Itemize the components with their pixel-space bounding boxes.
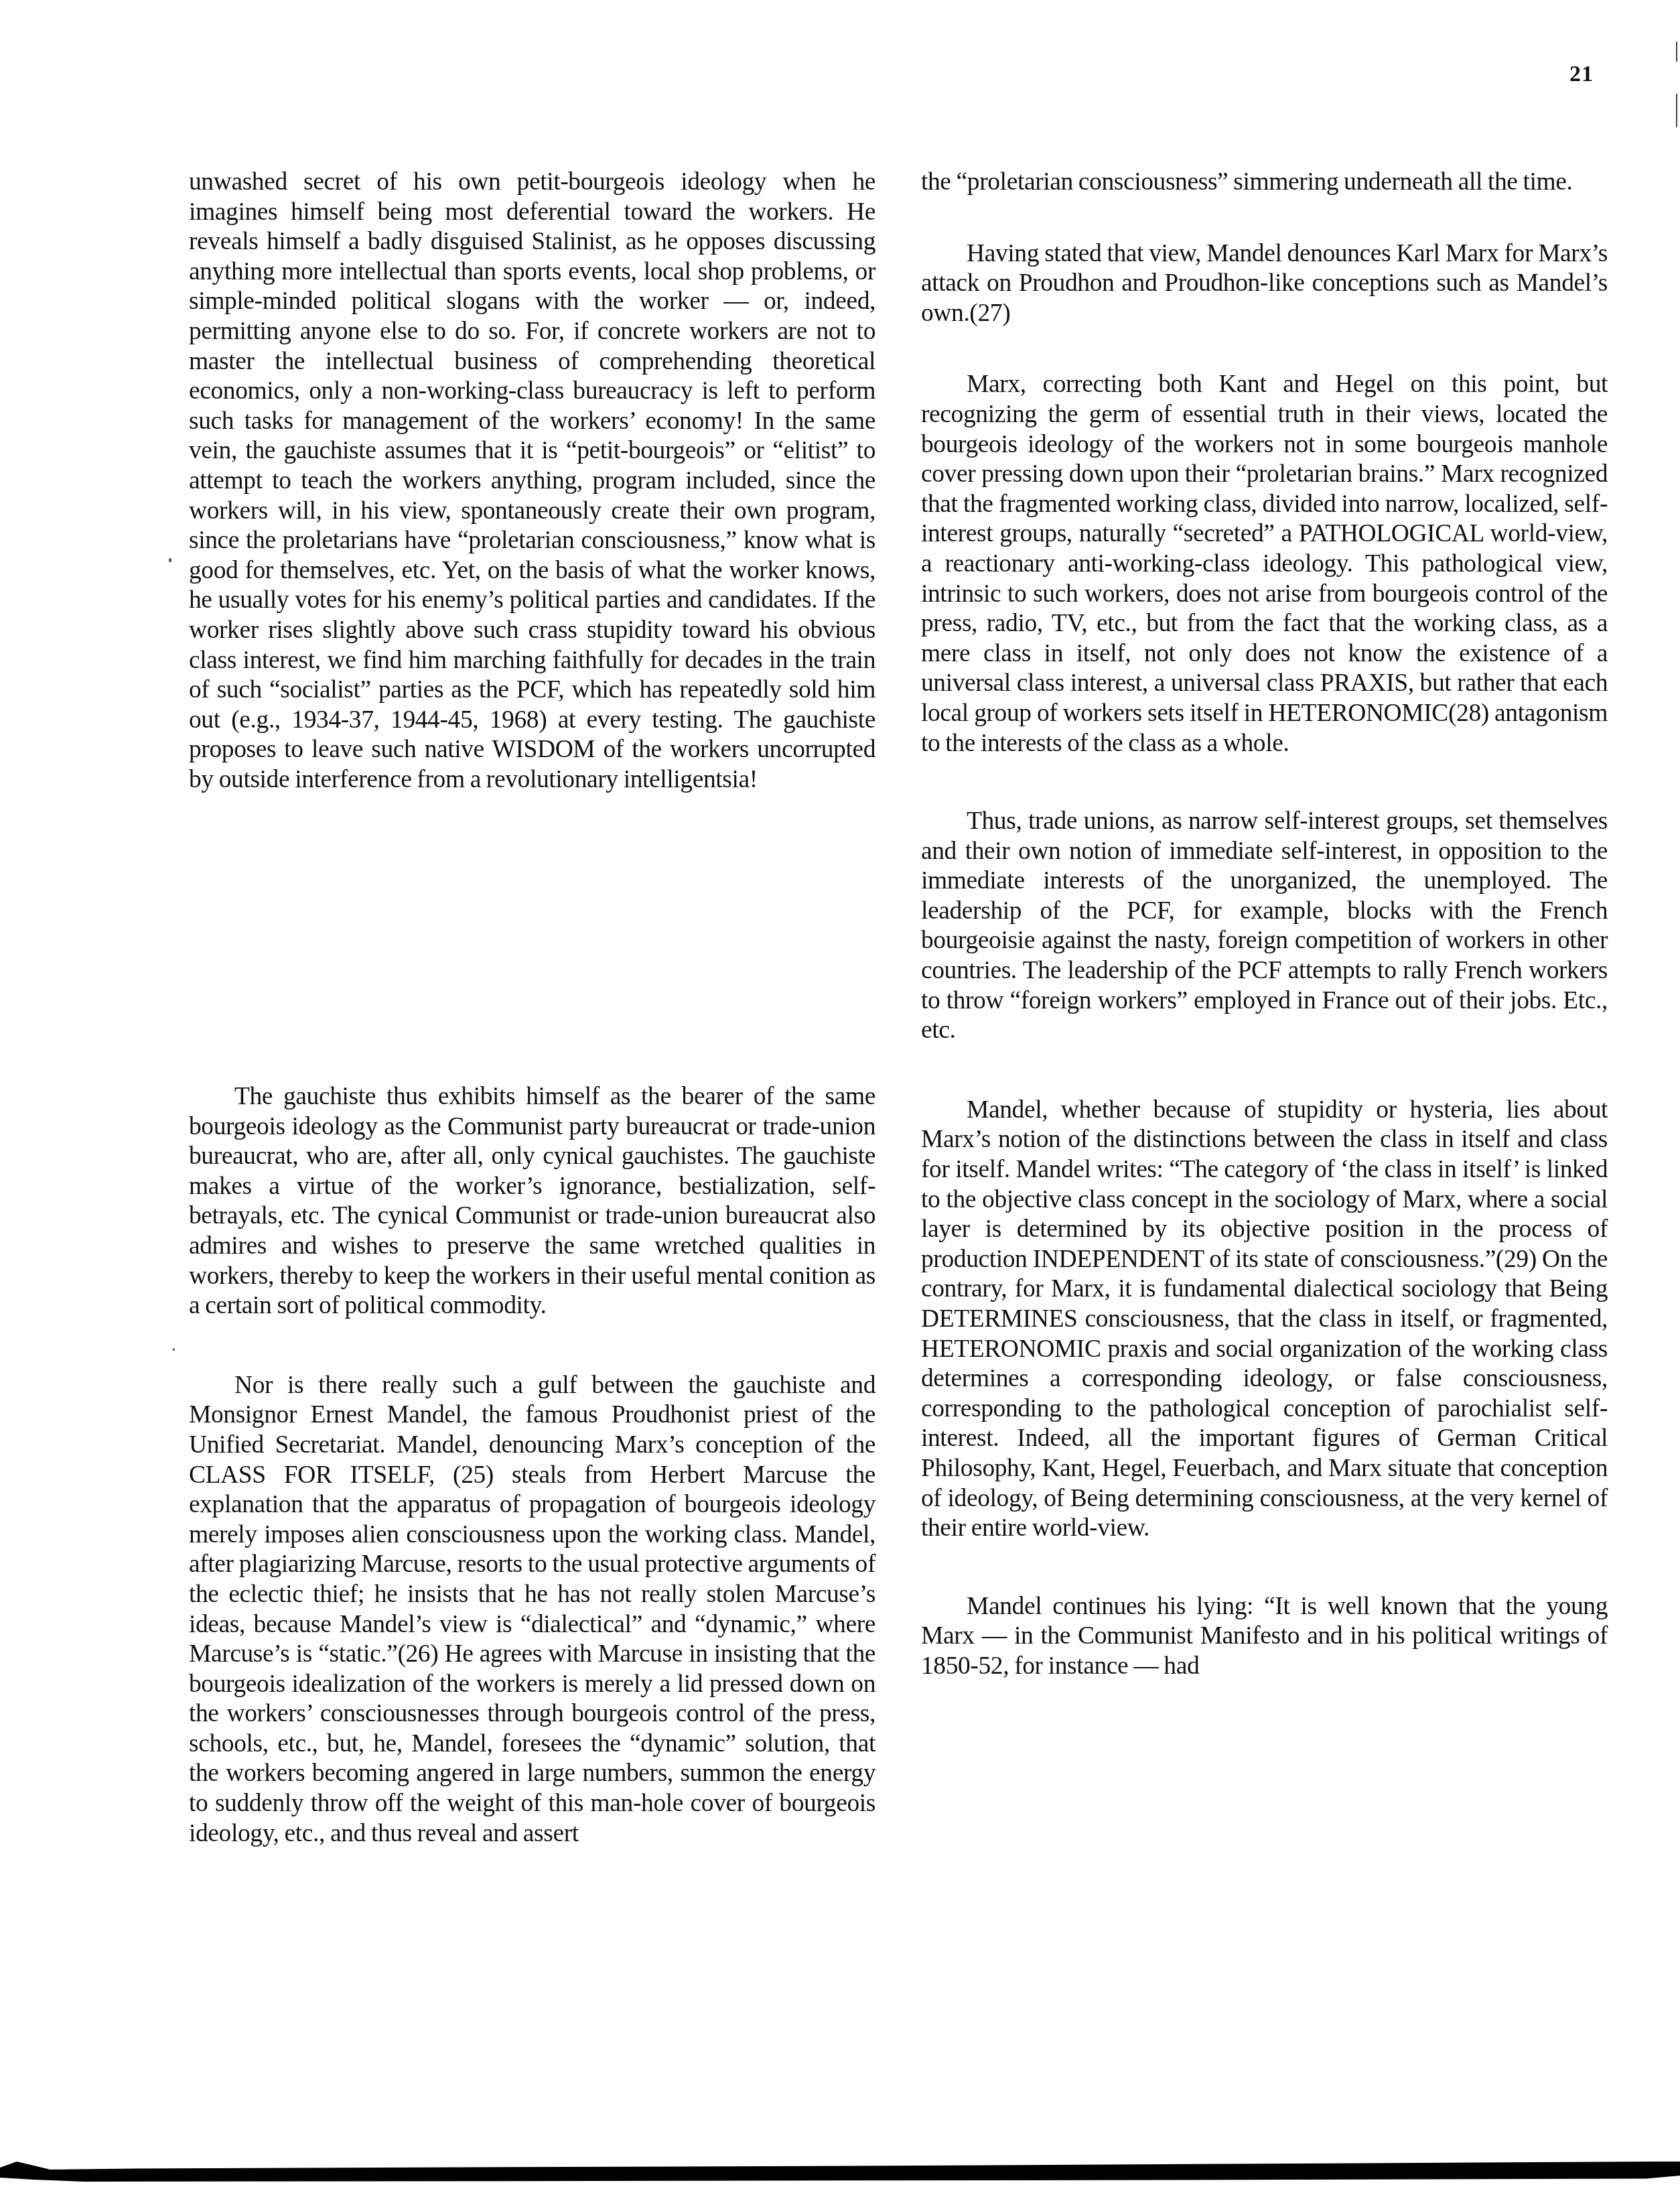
paragraph: Nor is there really such a gulf between …: [189, 1371, 876, 1849]
scan-speck: [169, 558, 171, 562]
scan-edge-mark: [1676, 94, 1677, 127]
paragraph-gap: [921, 328, 1608, 370]
paragraph: Thus, trade unions, as narrow self-inter…: [921, 807, 1608, 1046]
paragraph-gap: [921, 758, 1608, 807]
right-column: the “proletarian consciousness” simmerin…: [921, 168, 1608, 1682]
paragraph-gap: [189, 1321, 876, 1371]
paragraph: the “proletarian consciousness” simmerin…: [921, 168, 1608, 198]
page-number: 21: [1569, 62, 1594, 87]
left-column: unwashed secret of his own petit-bourgeo…: [189, 168, 876, 1849]
scan-bottom-edge: [0, 2162, 1680, 2182]
scan-speck: [173, 1348, 175, 1351]
paragraph: Having stated that view, Mandel denounce…: [921, 239, 1608, 329]
scan-edge-mark: [1676, 42, 1677, 62]
paragraph: Mandel, whether because of stupidity or …: [921, 1096, 1608, 1544]
paragraph-gap: [921, 1544, 1608, 1592]
paragraph: Mandel continues his lying: “It is well …: [921, 1592, 1608, 1682]
paragraph-gap: [921, 1046, 1608, 1096]
paragraph-gap: [921, 198, 1608, 239]
paragraph: The gauchiste thus exhibits himself as t…: [189, 1082, 876, 1321]
paragraph: Marx, correcting both Kant and Hegel on …: [921, 370, 1608, 758]
paragraph: unwashed secret of his own petit-bourgeo…: [189, 168, 876, 1034]
paragraph-gap: [189, 1034, 876, 1082]
